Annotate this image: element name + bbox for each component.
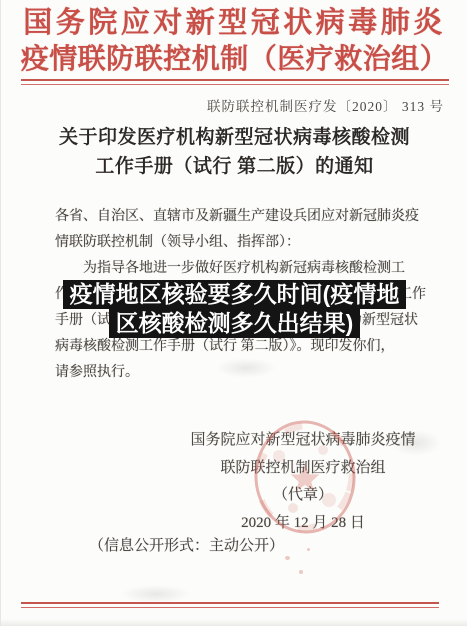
seal-ink-speck	[307, 548, 310, 551]
caption-line-1: 疫情地区核验要多久时间(疫情地	[63, 280, 407, 309]
document-number: 联防联控机制医疗发〔2020〕 313 号	[207, 95, 444, 115]
body-line-3: 为指导各地进一步做好医疗机构新冠病毒核酸检测工	[55, 256, 426, 282]
letterhead-divider	[21, 79, 449, 85]
letterhead-line2: 疫情联防联控机制（医疗救治组）	[1, 42, 467, 77]
document-title-line1: 关于印发医疗机构新型冠状病毒核酸检测	[1, 123, 467, 152]
caption-overlay-row1: 疫情地区核验要多久时间(疫情地	[1, 280, 467, 309]
caption-overlay-row2: 区核酸检测多久出结果)	[1, 309, 467, 338]
document-title: 关于印发医疗机构新型冠状病毒核酸检测 工作手册（试行 第二版）的通知	[1, 123, 467, 181]
scanned-document-page: 国务院应对新型冠状病毒肺炎 疫情联防联控机制（医疗救治组） 联防联控机制医疗发〔…	[0, 0, 467, 626]
signature-org-line2: 联防联控机制医疗救治组	[178, 455, 428, 483]
body-line-6: 病毒核酸检测工作手册（试行 第二版）》。现印发你们，	[55, 334, 426, 360]
disclosure-info: （信息公开形式：主动公开）	[89, 534, 284, 555]
seal-ink-speck	[285, 556, 290, 560]
scan-smudge	[216, 358, 276, 378]
body-line-1: 各省、自治区、直辖市及新疆生产建设兵团应对新冠肺炎疫	[55, 204, 426, 230]
scan-smudge	[391, 430, 441, 456]
signature-on-behalf: （代章）	[178, 482, 428, 510]
letterhead-line1: 国务院应对新型冠状病毒肺炎	[1, 5, 467, 42]
signature-date: 2020 年 12 月 28 日	[178, 510, 428, 538]
caption-overlay: 疫情地区核验要多久时间(疫情地 区核酸检测多久出结果)	[1, 280, 467, 337]
seal-ink-speck	[299, 570, 303, 574]
footer-divider	[21, 602, 439, 608]
scan-smudge	[121, 585, 191, 603]
body-line-2: 情联防联控机制（领导小组、指挥部）：	[55, 230, 426, 256]
caption-line-2: 区核酸检测多久出结果)	[109, 309, 361, 338]
document-title-line2: 工作手册（试行 第二版）的通知	[1, 152, 467, 181]
letterhead: 国务院应对新型冠状病毒肺炎 疫情联防联控机制（医疗救治组）	[1, 5, 467, 77]
